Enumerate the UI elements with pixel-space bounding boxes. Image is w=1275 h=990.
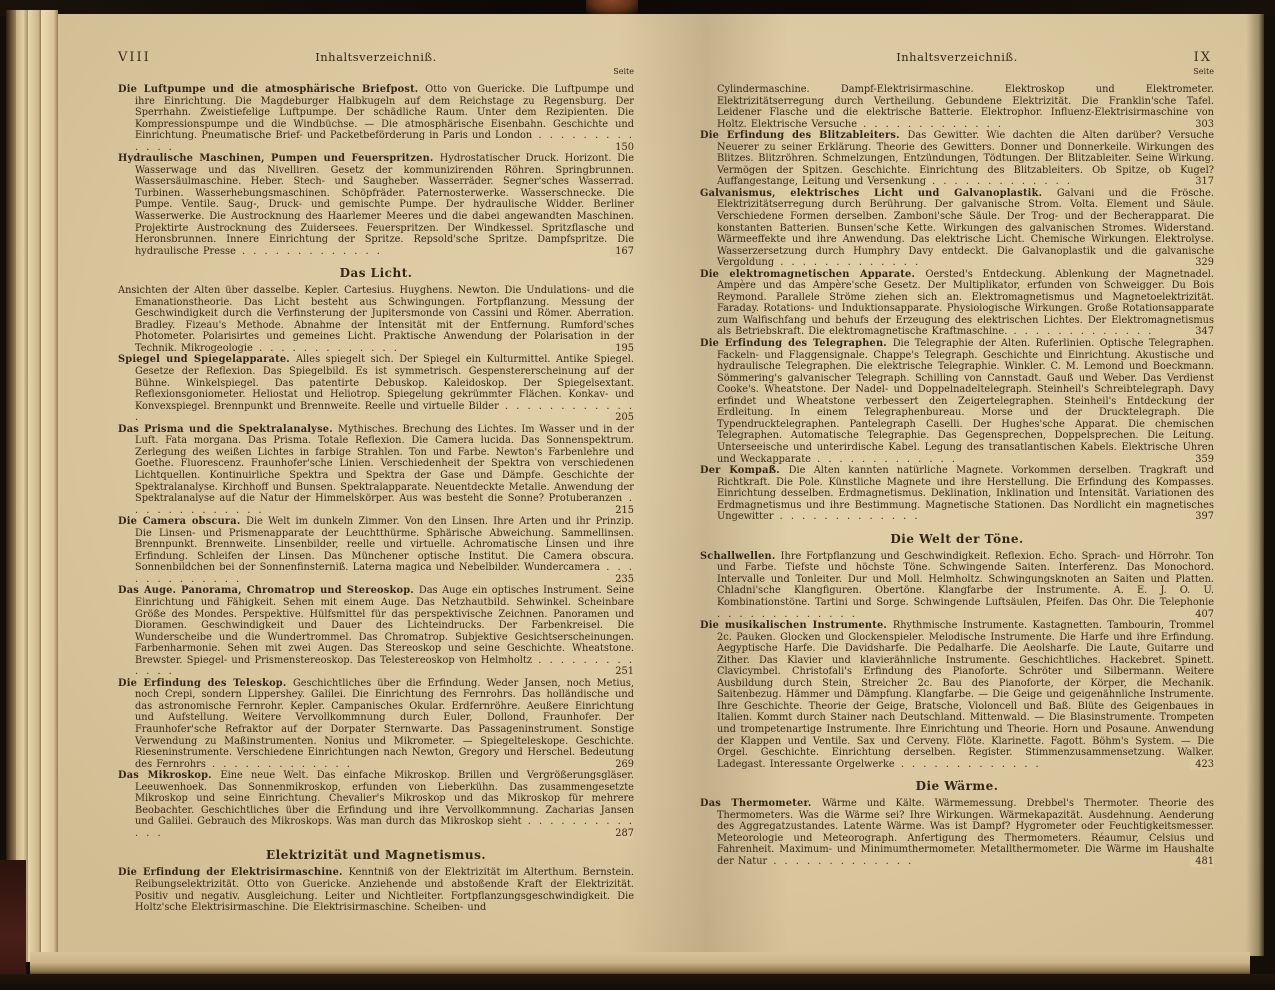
dot-leader: . . . . . . . . . . . . .	[774, 511, 920, 522]
page-edge	[16, 10, 28, 962]
toc-page-number: 347	[1190, 326, 1214, 338]
toc-entry: Die Erfindung des Telegraphen. Die Teleg…	[700, 338, 1214, 465]
dot-leader: . . . . . . . . . . . . .	[253, 343, 399, 354]
toc-entry-text: Die Telegraphie der Alten. Ruferlinien. …	[717, 338, 1214, 464]
toc-entry: Die Luftpumpe und die atmosphärische Bri…	[118, 84, 634, 153]
section-heading: Die Wärme.	[700, 779, 1214, 793]
left-page-title: Inhaltsverzeichniß.	[118, 50, 634, 64]
right-seite-label: Seite	[1193, 67, 1214, 76]
toc-entry: Das Auge. Panorama, Chromatrop und Stere…	[118, 585, 634, 677]
dot-leader: . . . . . . . . . . . . .	[206, 759, 352, 770]
right-page-edge-shadow	[1246, 14, 1264, 956]
toc-entry-title: Die elektromagnetischen Apparate.	[700, 269, 925, 280]
dot-leader: . . . . . . . . . . . . .	[926, 176, 1072, 187]
toc-entry: Die musikalischen Instrumente. Rhythmisc…	[700, 620, 1214, 770]
toc-entry: Die Camera obscura. Die Welt im dunkeln …	[118, 516, 634, 585]
toc-page-number: 195	[610, 343, 634, 355]
page-edge	[6, 10, 16, 962]
toc-entry: Das Thermometer. Wärme und Kälte. Wärmem…	[700, 798, 1214, 867]
right-page-entries: Cylindermaschine. Dampf-Elektrisirmaschi…	[700, 84, 1214, 867]
scan-background-bottom	[0, 974, 1275, 990]
toc-entry-text: Geschichtliches über die Erfindung. Wede…	[135, 678, 634, 770]
toc-entry-text: Galvani und die Frösche. Elektrizitätser…	[717, 188, 1214, 268]
toc-entry: Das Mikroskop. Eine neue Welt. Das einfa…	[118, 770, 634, 839]
page-edge	[41, 10, 58, 962]
toc-entry-title: Galvanismus, elektrisches Licht und Galv…	[700, 188, 1057, 199]
left-page-header: VIII Inhaltsverzeichniß. Seite	[118, 50, 634, 84]
toc-page-number: 407	[1190, 609, 1214, 621]
toc-entry-title: Die Camera obscura.	[118, 516, 246, 527]
dot-leader: . . . . . . . . . . . . .	[774, 257, 920, 268]
toc-page-number: 205	[610, 412, 634, 424]
toc-entry-title: Der Kompaß.	[700, 465, 789, 476]
toc-page-number: 329	[1190, 257, 1214, 269]
dot-leader: . . . . . . . . . . . . .	[857, 119, 1003, 130]
toc-entry: Das Prisma und die Spektralanalyse. Myth…	[118, 424, 634, 516]
toc-entry: Hydraulische Maschinen, Pumpen und Feuer…	[118, 153, 634, 257]
toc-page-number: 303	[1190, 119, 1214, 131]
right-page-header: IX Inhaltsverzeichniß. Seite	[700, 50, 1214, 84]
toc-entry-text: Mythisches. Brechung des Lichtes. Im Was…	[135, 424, 634, 504]
toc-page-number: 251	[610, 666, 634, 678]
toc-page-number: 287	[610, 828, 634, 840]
toc-entry-title: Die Luftpumpe und die atmosphärische Bri…	[118, 84, 425, 95]
toc-entry: Der Kompaß. Die Alten kannten natürliche…	[700, 465, 1214, 523]
toc-entry-title: Spiegel und Spiegelapparate.	[118, 354, 296, 365]
toc-page-number: 150	[610, 142, 634, 154]
dot-leader: . . . . . . . . . . . . .	[767, 856, 913, 867]
toc-entry: Cylindermaschine. Dampf-Elektrisirmaschi…	[700, 84, 1214, 130]
dot-leader: . . . . . . . . . . . . .	[895, 759, 1041, 770]
toc-entry: Die elektromagnetischen Apparate. Oerste…	[700, 269, 1214, 338]
toc-page-number: 317	[1190, 176, 1214, 188]
toc-page-number: 481	[1190, 856, 1214, 868]
toc-page-number: 269	[610, 759, 634, 771]
toc-page-number: 167	[610, 246, 634, 258]
toc-entry-text: Rhythmische Instrumente. Kastagnetten. T…	[717, 620, 1214, 770]
toc-entry-text: Das Auge ein optisches Instrument. Seine…	[135, 585, 634, 665]
dot-leader: . . . . . . . . . . . . .	[811, 454, 957, 465]
toc-entry-text: Hydrostatischer Druck. Horizont. Die Was…	[135, 153, 634, 256]
toc-entry-title: Das Auge. Panorama, Chromatrop und Stere…	[118, 585, 419, 596]
dot-leader: . . . . . . . . . . . . .	[236, 246, 382, 257]
toc-entry: Galvanismus, elektrisches Licht und Galv…	[700, 188, 1214, 269]
toc-page-number: 397	[1190, 511, 1214, 523]
toc-page-number: 359	[1190, 454, 1214, 466]
section-heading: Das Licht.	[118, 266, 634, 280]
section-heading: Elektrizität und Magnetismus.	[118, 848, 634, 862]
left-page-entries: Die Luftpumpe und die atmosphärische Bri…	[118, 84, 634, 914]
scanned-book-spread: VIII Inhaltsverzeichniß. Seite Die Luftp…	[0, 0, 1275, 990]
toc-entry: Schallwellen. Ihre Fortpflanzung und Ges…	[700, 551, 1214, 620]
toc-entry-title: Das Thermometer.	[700, 798, 822, 809]
page-edge	[28, 10, 41, 962]
toc-entry-title: Die musikalischen Instrumente.	[700, 620, 893, 631]
right-page-number: IX	[1194, 50, 1212, 65]
bottom-page-edges	[30, 952, 1250, 976]
left-page-number: VIII	[118, 50, 151, 65]
toc-entry-text: Ihre Fortpflanzung und Geschwindigkeit. …	[717, 551, 1214, 608]
toc-entry-title: Die Erfindung der Elektrisirmaschine.	[118, 867, 349, 878]
toc-entry-title: Die Erfindung des Blitzableiters.	[700, 130, 908, 141]
section-heading: Die Welt der Töne.	[700, 532, 1214, 546]
dot-leader: . . . . . . . . . . . . .	[717, 609, 857, 620]
right-page-column: IX Inhaltsverzeichniß. Seite Cylindermas…	[700, 50, 1214, 867]
toc-entry: Spiegel und Spiegelapparate. Alles spieg…	[118, 354, 634, 423]
toc-entry-title: Das Mikroskop.	[118, 770, 220, 781]
spine-top-highlight	[586, 0, 638, 14]
left-seite-label: Seite	[613, 67, 634, 76]
toc-entry: Die Erfindung des Blitzableiters. Das Ge…	[700, 130, 1214, 188]
toc-entry: Ansichten der Alten über dasselbe. Keple…	[118, 285, 634, 354]
toc-entry-title: Die Erfindung des Teleskop.	[118, 678, 293, 689]
right-page-title: Inhaltsverzeichniß.	[700, 50, 1214, 64]
toc-entry: Die Erfindung des Teleskop. Geschichtlic…	[118, 678, 634, 770]
toc-entry-title: Schallwellen.	[700, 551, 781, 562]
toc-page-number: 235	[610, 574, 634, 586]
toc-page-number: 423	[1190, 759, 1214, 771]
toc-entry-title: Das Prisma und die Spektralanalyse.	[118, 424, 338, 435]
book-cover-corner	[0, 860, 26, 990]
toc-entry-title: Hydraulische Maschinen, Pumpen und Feuer…	[118, 153, 440, 164]
toc-entry-title: Die Erfindung des Telegraphen.	[700, 338, 893, 349]
toc-entry: Die Erfindung der Elektrisirmaschine. Ke…	[118, 867, 634, 913]
dot-leader: . . . . . . . . . . . . .	[1007, 326, 1153, 337]
left-page-column: VIII Inhaltsverzeichniß. Seite Die Luftp…	[118, 50, 634, 914]
toc-page-number: 215	[610, 505, 634, 517]
